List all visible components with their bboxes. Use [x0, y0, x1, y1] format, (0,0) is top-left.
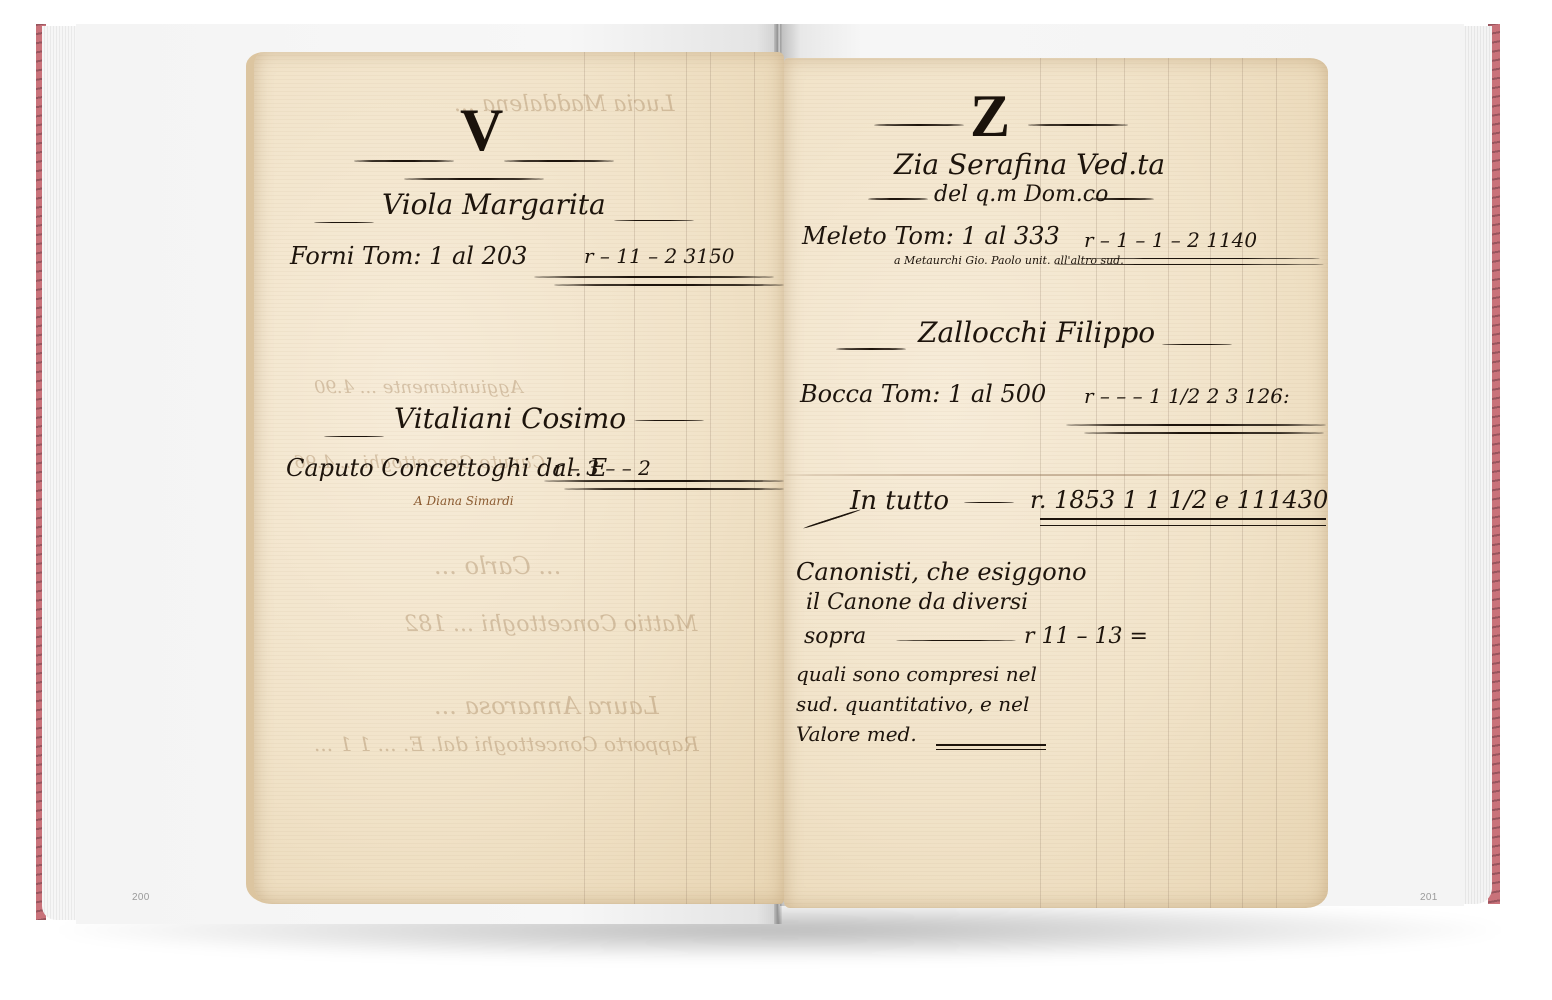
- entry-name: Viola Margarita: [382, 188, 606, 221]
- entry-name: Zallocchi Filippo: [918, 316, 1155, 349]
- decorative-swash: [1084, 432, 1324, 434]
- page-stack-right: [1460, 26, 1492, 904]
- bleed-through-text: Aggiuntamente ... 4.90: [314, 377, 523, 398]
- entry-line: Meleto Tom: 1 al 333: [802, 222, 1060, 250]
- entry-name: Vitaliani Cosimo: [394, 402, 626, 435]
- entry-line: Forni Tom: 1 al 203: [290, 242, 527, 270]
- ledger-column-rule: [1210, 58, 1211, 908]
- total-label: In tutto: [850, 486, 949, 516]
- decorative-swash: [964, 502, 1014, 503]
- ledger-column-rule: [1276, 58, 1277, 908]
- entry-amounts: r – 3 – – 2: [554, 456, 651, 480]
- note-line: il Canone da diversi: [806, 590, 1028, 615]
- decorative-swash: [324, 436, 384, 437]
- decorative-swash: [896, 640, 1016, 641]
- decorative-swash: [614, 220, 694, 221]
- index-letter: Z: [970, 86, 1010, 146]
- decorative-swash: [564, 488, 784, 490]
- decorative-swash: [1028, 124, 1128, 126]
- decorative-swash: [1162, 344, 1232, 345]
- total-amounts: r. 1853 1 1 1/2 e 1114301.49: [1030, 486, 1328, 514]
- ledger-column-rule: [686, 52, 687, 904]
- entry-annotation: A Diana Simardi: [414, 494, 514, 508]
- ledger-column-rule: [710, 52, 711, 904]
- page-number-right: 201: [1420, 892, 1438, 903]
- decorative-swash: [404, 178, 544, 180]
- decorative-swash: [554, 284, 784, 286]
- decorative-swash: [1066, 424, 1326, 426]
- page-number-left: 200: [132, 892, 150, 903]
- decorative-swash: [836, 348, 906, 350]
- entry-subtitle: del q.m Dom.co: [934, 182, 1108, 207]
- ledger-column-rule: [1242, 58, 1243, 908]
- manuscript-sheet-right: Z Zia Serafina Ved.ta del q.m Dom.co Mel…: [784, 58, 1328, 908]
- entry-amounts: r – 11 – 2 3150: [584, 244, 734, 268]
- paper-tear: [784, 474, 1328, 476]
- entry-name: Zia Serafina Ved.ta: [894, 148, 1165, 181]
- index-letter: V: [460, 100, 503, 160]
- bleed-through-text: Mattio Concettoghi ... 182: [404, 612, 697, 637]
- decorative-swash: [544, 480, 784, 482]
- entry-annotation: a Metaurchi Gio. Paolo unit. all'altro s…: [894, 254, 1124, 267]
- note-line: sopra: [804, 624, 866, 649]
- note-line: Valore med.: [796, 722, 917, 746]
- note-line: Canonisti, che esiggono: [796, 558, 1087, 586]
- total-double-rule: [1040, 518, 1326, 526]
- decorative-swash: [1080, 258, 1320, 259]
- entry-line: Bocca Tom: 1 al 500: [800, 380, 1046, 408]
- note-line: quali sono compresi nel: [796, 662, 1037, 686]
- entry-amounts: r – 1 – 1 – 2 1140: [1084, 228, 1257, 252]
- ledger-column-rule: [1168, 58, 1169, 908]
- note-line: sud. quantitativo, e nel: [796, 692, 1029, 716]
- decorative-swash: [868, 198, 928, 200]
- decorative-swash: [534, 276, 774, 278]
- ledger-column-rule: [754, 52, 755, 904]
- entry-amounts: r – – – 1 1/2 2 3 126:: [1084, 384, 1290, 408]
- ledger-column-rule: [1124, 58, 1125, 908]
- decorative-swash: [874, 124, 964, 126]
- note-amount: r 11 – 13 =: [1024, 624, 1148, 649]
- decorative-swash: [1090, 198, 1154, 200]
- bleed-through-text: Rapporto Concettoghi dal. E. ... 1 1 ...: [314, 732, 699, 756]
- decorative-swash: [634, 420, 704, 421]
- bleed-through-text: ... Carlo ...: [434, 552, 561, 580]
- bleed-through-text: Laura Annarosa ...: [434, 692, 659, 720]
- manuscript-sheet-left: Lucia Maddalena ... Aggiuntamente ... 4.…: [246, 52, 784, 904]
- decorative-swash: [504, 160, 614, 162]
- decorative-swash: [354, 160, 454, 162]
- decorative-swash: [1054, 264, 1324, 265]
- decorative-swash: [314, 222, 374, 223]
- note-double-rule: [936, 744, 1046, 750]
